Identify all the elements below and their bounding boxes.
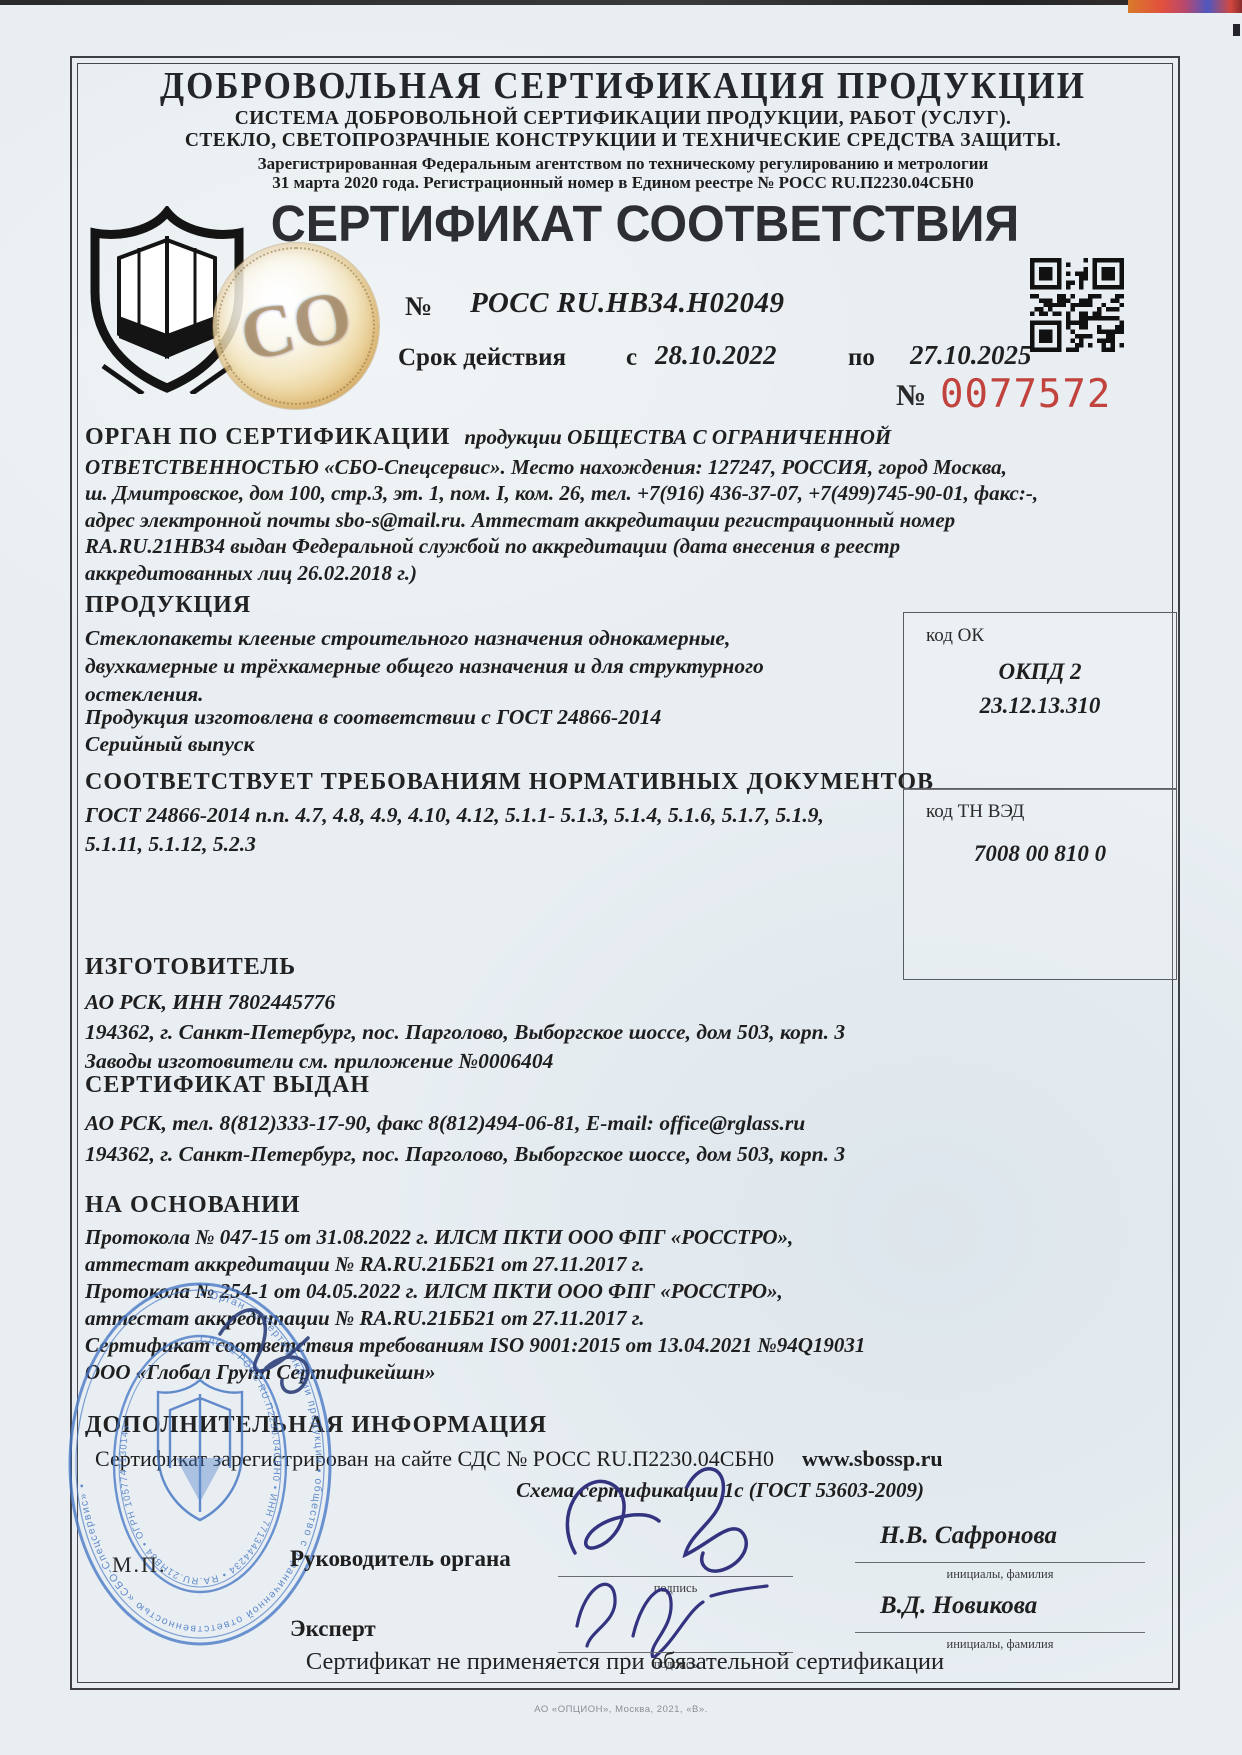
certification-body-line-4: адрес электронной почты sbo-s@mail.ru. А…: [85, 507, 1170, 534]
section-certification-body: ОРГАН ПО СЕРТИФИКАЦИИпродукции ОБЩЕСТВА …: [85, 424, 1170, 586]
ok-code-system: ОКПД 2: [904, 659, 1176, 685]
head-name-line: [855, 1562, 1145, 1563]
qr-code: [1030, 258, 1124, 352]
compliance-line-1: ГОСТ 24866-2014 п.п. 4.7, 4.8, 4.9, 4.10…: [85, 801, 925, 830]
head-name-caption: инициалы, фамилия: [855, 1567, 1145, 1582]
head-name: Н.В. Сафронова: [880, 1522, 1057, 1550]
manufacturer-heading: ИЗГОТОВИТЕЛЬ: [85, 954, 296, 981]
validity-label: Срок действия: [398, 344, 566, 372]
ok-code-box: код ОК ОКПД 2 23.12.13.310: [903, 612, 1177, 790]
validity-from-label: с: [626, 344, 637, 372]
production-serial-line: Серийный выпуск: [85, 732, 254, 757]
blank-number-sign: №: [896, 379, 926, 413]
compliance-heading: СООТВЕТСТВУЕТ ТРЕБОВАНИЯМ НОРМАТИВНЫХ ДО…: [85, 769, 934, 796]
issued-line-1: АО РСК, тел. 8(812)333-17-90, факс 8(812…: [85, 1108, 1165, 1139]
head-of-body-label: Руководитель органа: [290, 1546, 511, 1572]
cert-number: РОСС RU.НВ34.Н02049: [470, 287, 784, 320]
tnved-code-value: 7008 00 810 0: [904, 841, 1176, 867]
seal-monogram: СО: [198, 228, 395, 425]
production-desc-line-1: Стеклопакеты клееные строительного назна…: [85, 624, 845, 652]
certification-body-heading: ОРГАН ПО СЕРТИФИКАЦИИ: [85, 424, 450, 450]
certificate-title: СЕРТИФИКАТ СООТВЕТСТВИЯ: [260, 194, 1030, 253]
scan-rainbow-artifact: [1128, 0, 1242, 13]
production-desc-line-2: двухкамерные и трёхкамерные общего назна…: [85, 652, 845, 680]
certification-body-line-5: RA.RU.21НВ34 выдан Федеральной службой п…: [85, 533, 1170, 560]
registration-note-2: 31 марта 2020 года. Регистрационный номе…: [90, 173, 1156, 193]
print-house-info: АО «ОПЦИОН», Москва, 2021, «В».: [0, 1704, 1242, 1715]
system-subtitle-2: СТЕКЛО, СВЕТОПРОЗРАЧНЫЕ КОНСТРУКЦИИ И ТЕ…: [90, 130, 1156, 152]
production-heading: ПРОДУКЦИЯ: [85, 592, 251, 619]
validity-to-date: 27.10.2025: [910, 340, 1032, 371]
scan-corner-mark: [1233, 24, 1240, 36]
certification-scheme: Схема сертификации 1с (ГОСТ 53603-2009): [400, 1478, 1040, 1503]
issued-line-2: 194362, г. Санкт-Петербург, пос. Парголо…: [85, 1139, 1165, 1170]
system-title: ДОБРОВОЛЬНАЯ СЕРТИФИКАЦИЯ ПРОДУКЦИИ: [90, 64, 1156, 107]
basis-line-1: Протокола № 047-15 от 31.08.2022 г. ИЛСМ…: [85, 1224, 1165, 1251]
blank-number: 0077572: [940, 372, 1111, 417]
certification-body-line-6: аккредитованных лиц 26.02.2018 г.): [85, 560, 1170, 587]
registration-note-1: Зарегистрированная Федеральным агентство…: [90, 154, 1156, 174]
head-signature-caption: подпись: [558, 1581, 793, 1596]
compliance-requirements: ГОСТ 24866-2014 п.п. 4.7, 4.8, 4.9, 4.10…: [85, 801, 925, 859]
head-signature-line: [558, 1576, 793, 1577]
system-subtitle-1: СИСТЕМА ДОБРОВОЛЬНОЙ СЕРТИФИКАЦИИ ПРОДУК…: [90, 108, 1156, 130]
certificate-page: ДОБРОВОЛЬНАЯ СЕРТИФИКАЦИЯ ПРОДУКЦИИ СИСТ…: [0, 0, 1242, 1755]
official-round-stamp: • Орган по сертификации продукции • обще…: [52, 1272, 352, 1662]
certification-body-line-1: продукции ОБЩЕСТВА С ОГРАНИЧЕННОЙ: [464, 425, 891, 449]
validity-to-label: по: [848, 344, 875, 372]
stamp-center-shield: [158, 1380, 242, 1520]
stamp-place-label: М.П.: [112, 1552, 166, 1578]
manufacturer-details: АО РСК, ИНН 7802445776 194362, г. Санкт-…: [85, 988, 1165, 1077]
expert-name-line: [855, 1632, 1145, 1633]
production-desc-line-3: остекления.: [85, 680, 845, 708]
basis-heading: НА ОСНОВАНИИ: [85, 1192, 300, 1219]
certification-body-line-2: ОТВЕТСТВЕННОСТЬЮ «СБО-Спецсервис». Место…: [85, 454, 1170, 481]
ok-code-value: 23.12.13.310: [904, 693, 1176, 719]
tnved-code-box: код ТН ВЭД 7008 00 810 0: [903, 788, 1177, 980]
manufacturer-line-1: АО РСК, ИНН 7802445776: [85, 988, 1165, 1018]
cert-number-sign: №: [405, 291, 432, 322]
issued-to-heading: СЕРТИФИКАТ ВЫДАН: [85, 1072, 370, 1099]
certification-body-line-3: ш. Дмитровское, дом 100, стр.3, эт. 1, п…: [85, 480, 1170, 507]
website-link: www.sbossp.ru: [802, 1446, 943, 1471]
issued-to-details: АО РСК, тел. 8(812)333-17-90, факс 8(812…: [85, 1108, 1165, 1170]
holographic-seal: СО: [213, 243, 379, 409]
validity-from-date: 28.10.2022: [655, 340, 777, 371]
compliance-line-2: 5.1.11, 5.1.12, 5.2.3: [85, 830, 925, 859]
production-description: Стеклопакеты клееные строительного назна…: [85, 624, 845, 708]
expert-name: В.Д. Новикова: [880, 1592, 1037, 1620]
tnved-code-label: код ТН ВЭД: [926, 801, 1024, 823]
manufacturer-line-2: 194362, г. Санкт-Петербург, пос. Парголо…: [85, 1018, 1165, 1048]
mandatory-certification-note: Сертификат не применяется при обязательн…: [85, 1648, 1165, 1676]
ok-code-label: код ОК: [926, 625, 984, 647]
scan-edge-strip: [0, 0, 1242, 5]
expert-label: Эксперт: [290, 1616, 376, 1642]
production-gost-line: Продукция изготовлена в соответствии с Г…: [85, 705, 661, 730]
